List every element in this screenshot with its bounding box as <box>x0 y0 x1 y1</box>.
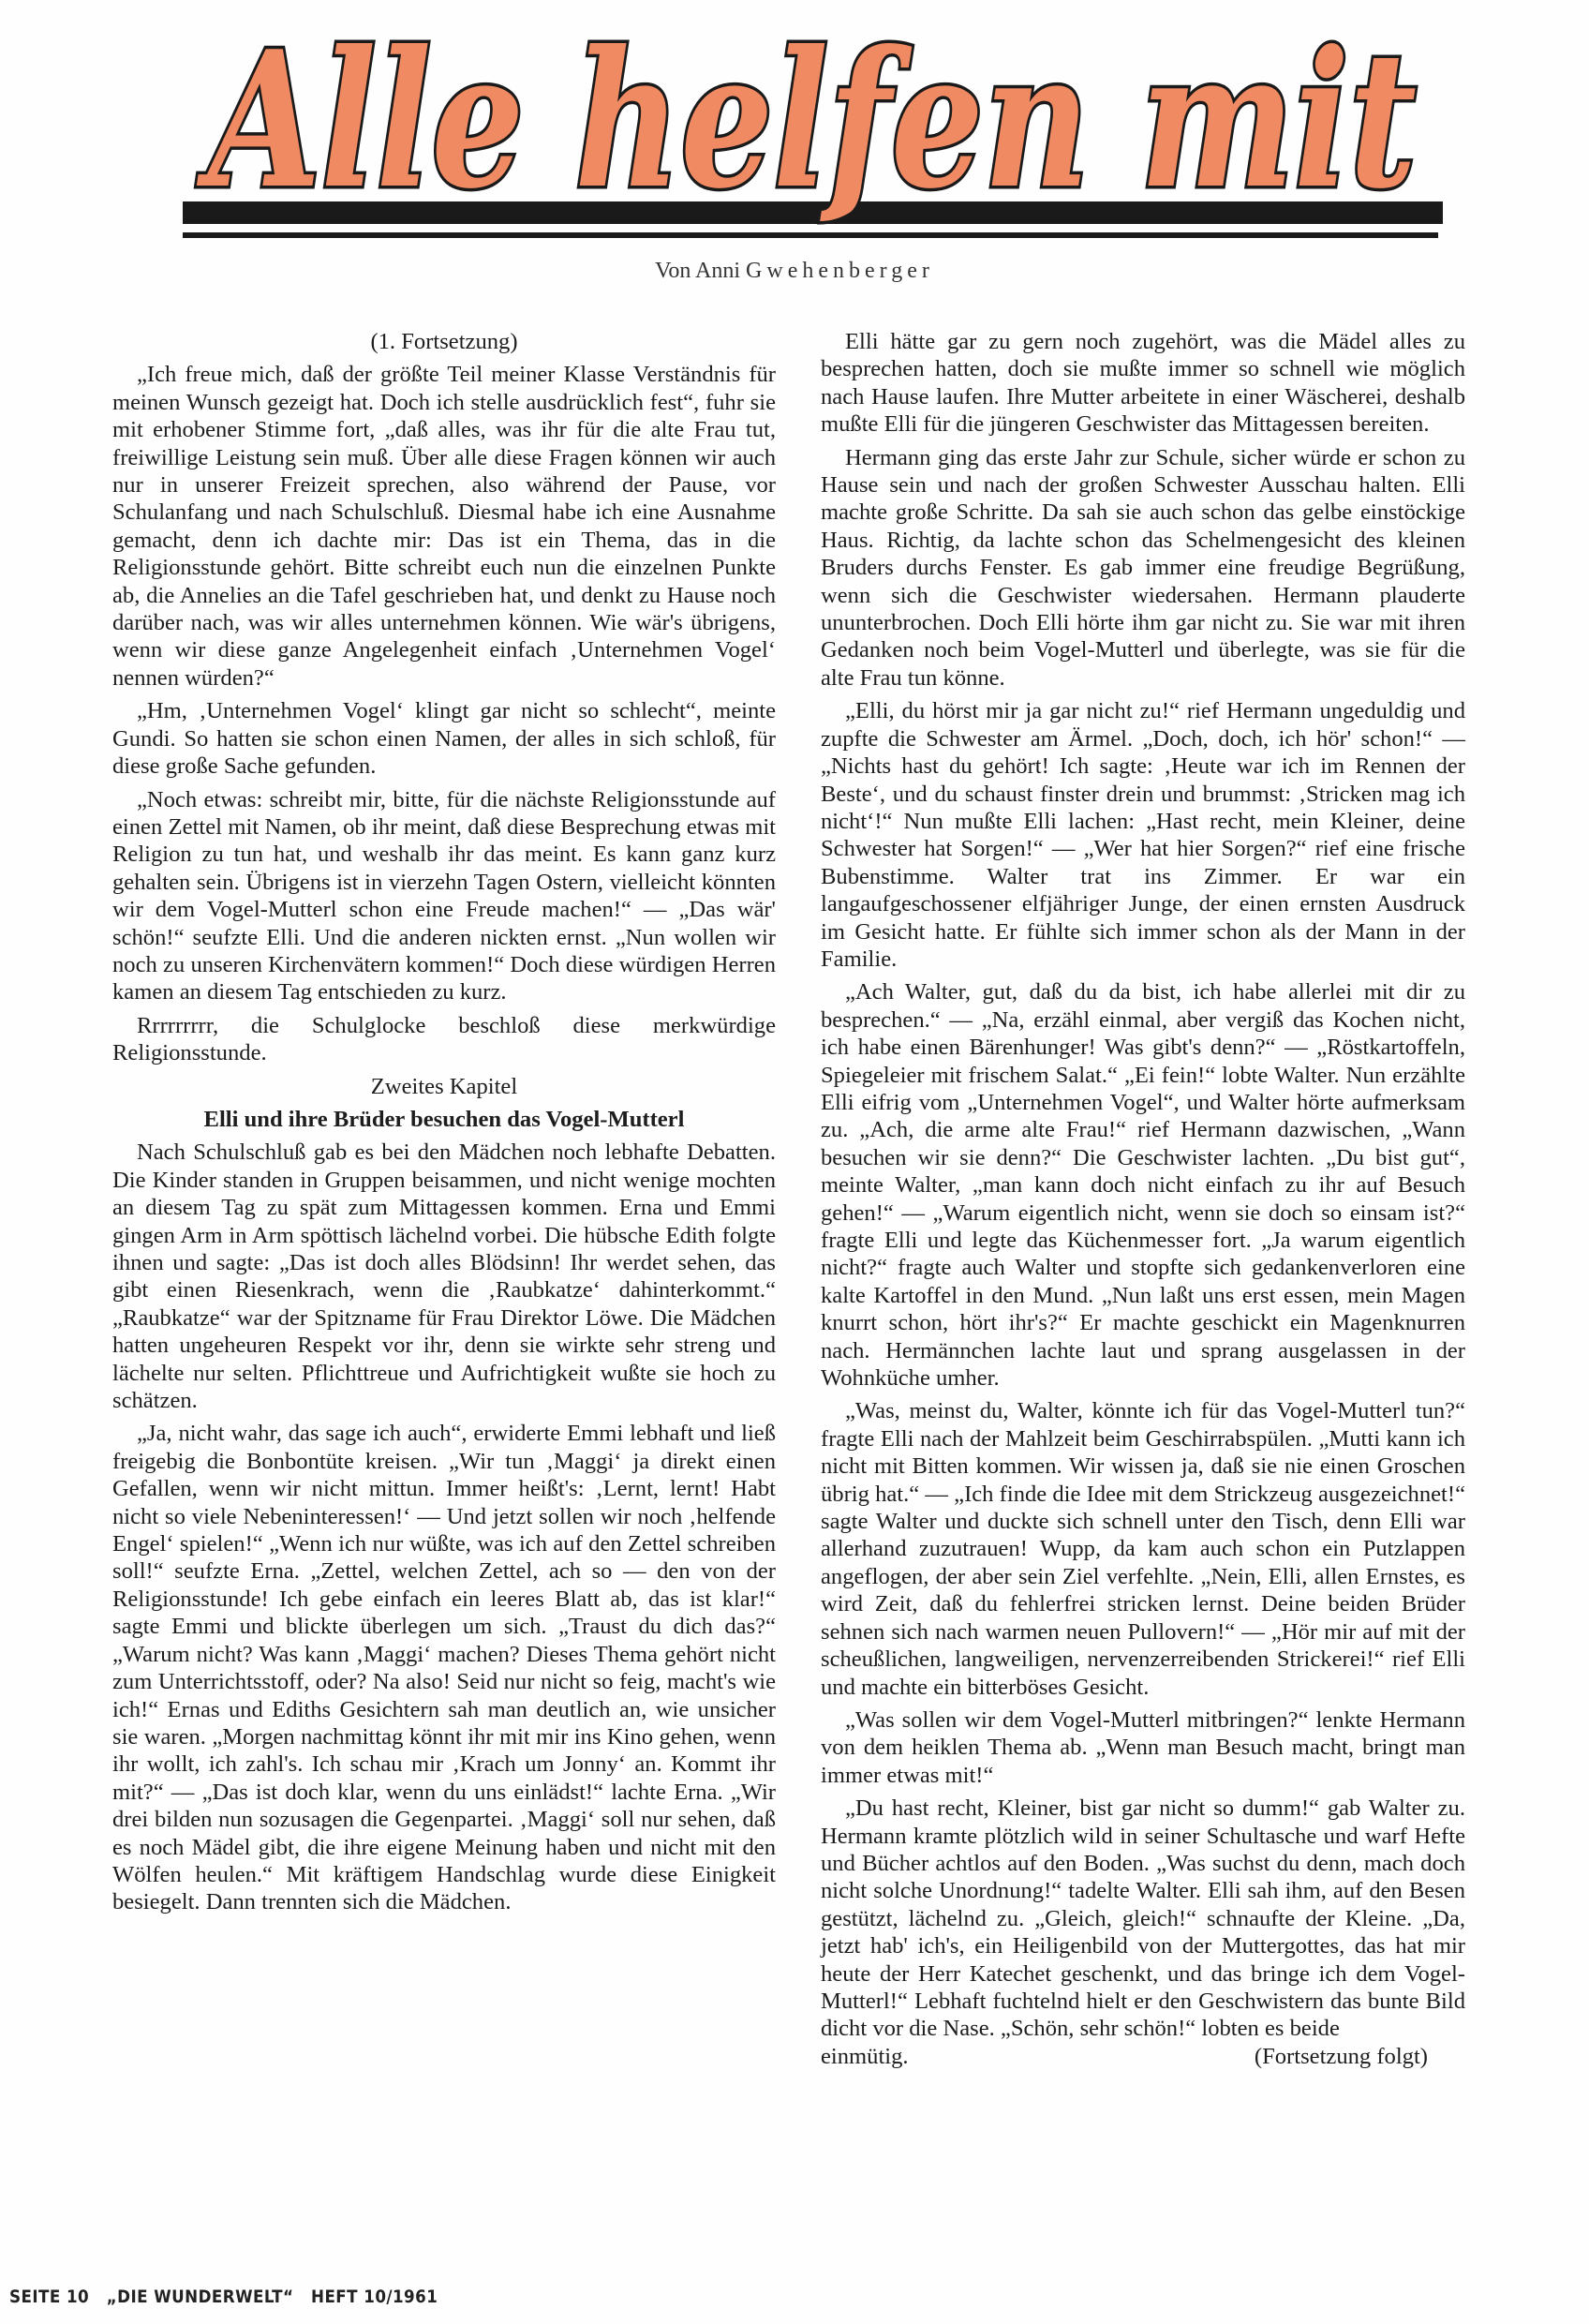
paragraph: Rrrrrrrrr, die Schulglocke beschloß dies… <box>112 1012 776 1067</box>
continuation-label: (1. Fortsetzung) <box>112 328 776 355</box>
byline-prefix: Von Anni <box>655 259 740 283</box>
paragraph: „Noch etwas: schreibt mir, bitte, für di… <box>112 786 776 1006</box>
page-footer: SEITE 10 „DIE WUNDERWELT“ HEFT 10/1961 <box>9 2287 450 2307</box>
issue-number: HEFT 10/1961 <box>311 2287 438 2307</box>
paragraph: „Was sollen wir dem Vogel-Mutterl mitbri… <box>821 1706 1465 1789</box>
paragraph: „Hm, ‚Unternehmen Vogel‘ klingt gar nich… <box>112 697 776 780</box>
left-column: (1. Fortsetzung) „Ich freue mich, daß de… <box>112 328 776 1922</box>
paragraph: „Ja, nicht wahr, das sage ich auch“, erw… <box>112 1420 776 1915</box>
paragraph: Nach Schulschluß gab es bei den Mädchen … <box>112 1139 776 1414</box>
continued-label: (Fortsetzung folgt) <box>1255 2043 1428 2070</box>
closing-word: einmütig. <box>821 2043 909 2070</box>
paragraph: „Elli, du hörst mir ja gar nicht zu!“ ri… <box>821 697 1465 973</box>
byline-author: Gwehenberger <box>746 259 934 283</box>
right-column: Elli hätte gar zu gern noch zugehört, wa… <box>821 328 1465 2070</box>
paragraph: „Du hast recht, Kleiner, bist gar nicht … <box>821 1795 1465 2043</box>
article-title-logo: Alle helfen mit <box>183 19 1443 244</box>
title-graphic: Alle helfen mit <box>183 19 1443 244</box>
paragraph: Hermann ging das erste Jahr zur Schule, … <box>821 444 1465 693</box>
page-number: SEITE 10 <box>9 2287 89 2307</box>
title-underline-thin <box>183 232 1438 238</box>
paragraph: „Ich freue mich, daß der größte Teil mei… <box>112 361 776 692</box>
title-text: Alle helfen mit <box>197 19 1417 231</box>
paragraph: „Ach Walter, gut, daß du da bist, ich ha… <box>821 978 1465 1392</box>
publication-name: „DIE WUNDERWELT“ <box>107 2287 294 2307</box>
byline: Von Anni Gwehenberger <box>0 259 1589 284</box>
chapter-title: Elli und ihre Brüder besuchen das Vogel-… <box>112 1106 776 1133</box>
paragraph: „Was, meinst du, Walter, könnte ich für … <box>821 1397 1465 1700</box>
paragraph: Elli hätte gar zu gern noch zugehört, wa… <box>821 328 1465 439</box>
closing-line: einmütig. (Fortsetzung folgt) <box>821 2043 1465 2070</box>
chapter-label: Zweites Kapitel <box>112 1073 776 1100</box>
